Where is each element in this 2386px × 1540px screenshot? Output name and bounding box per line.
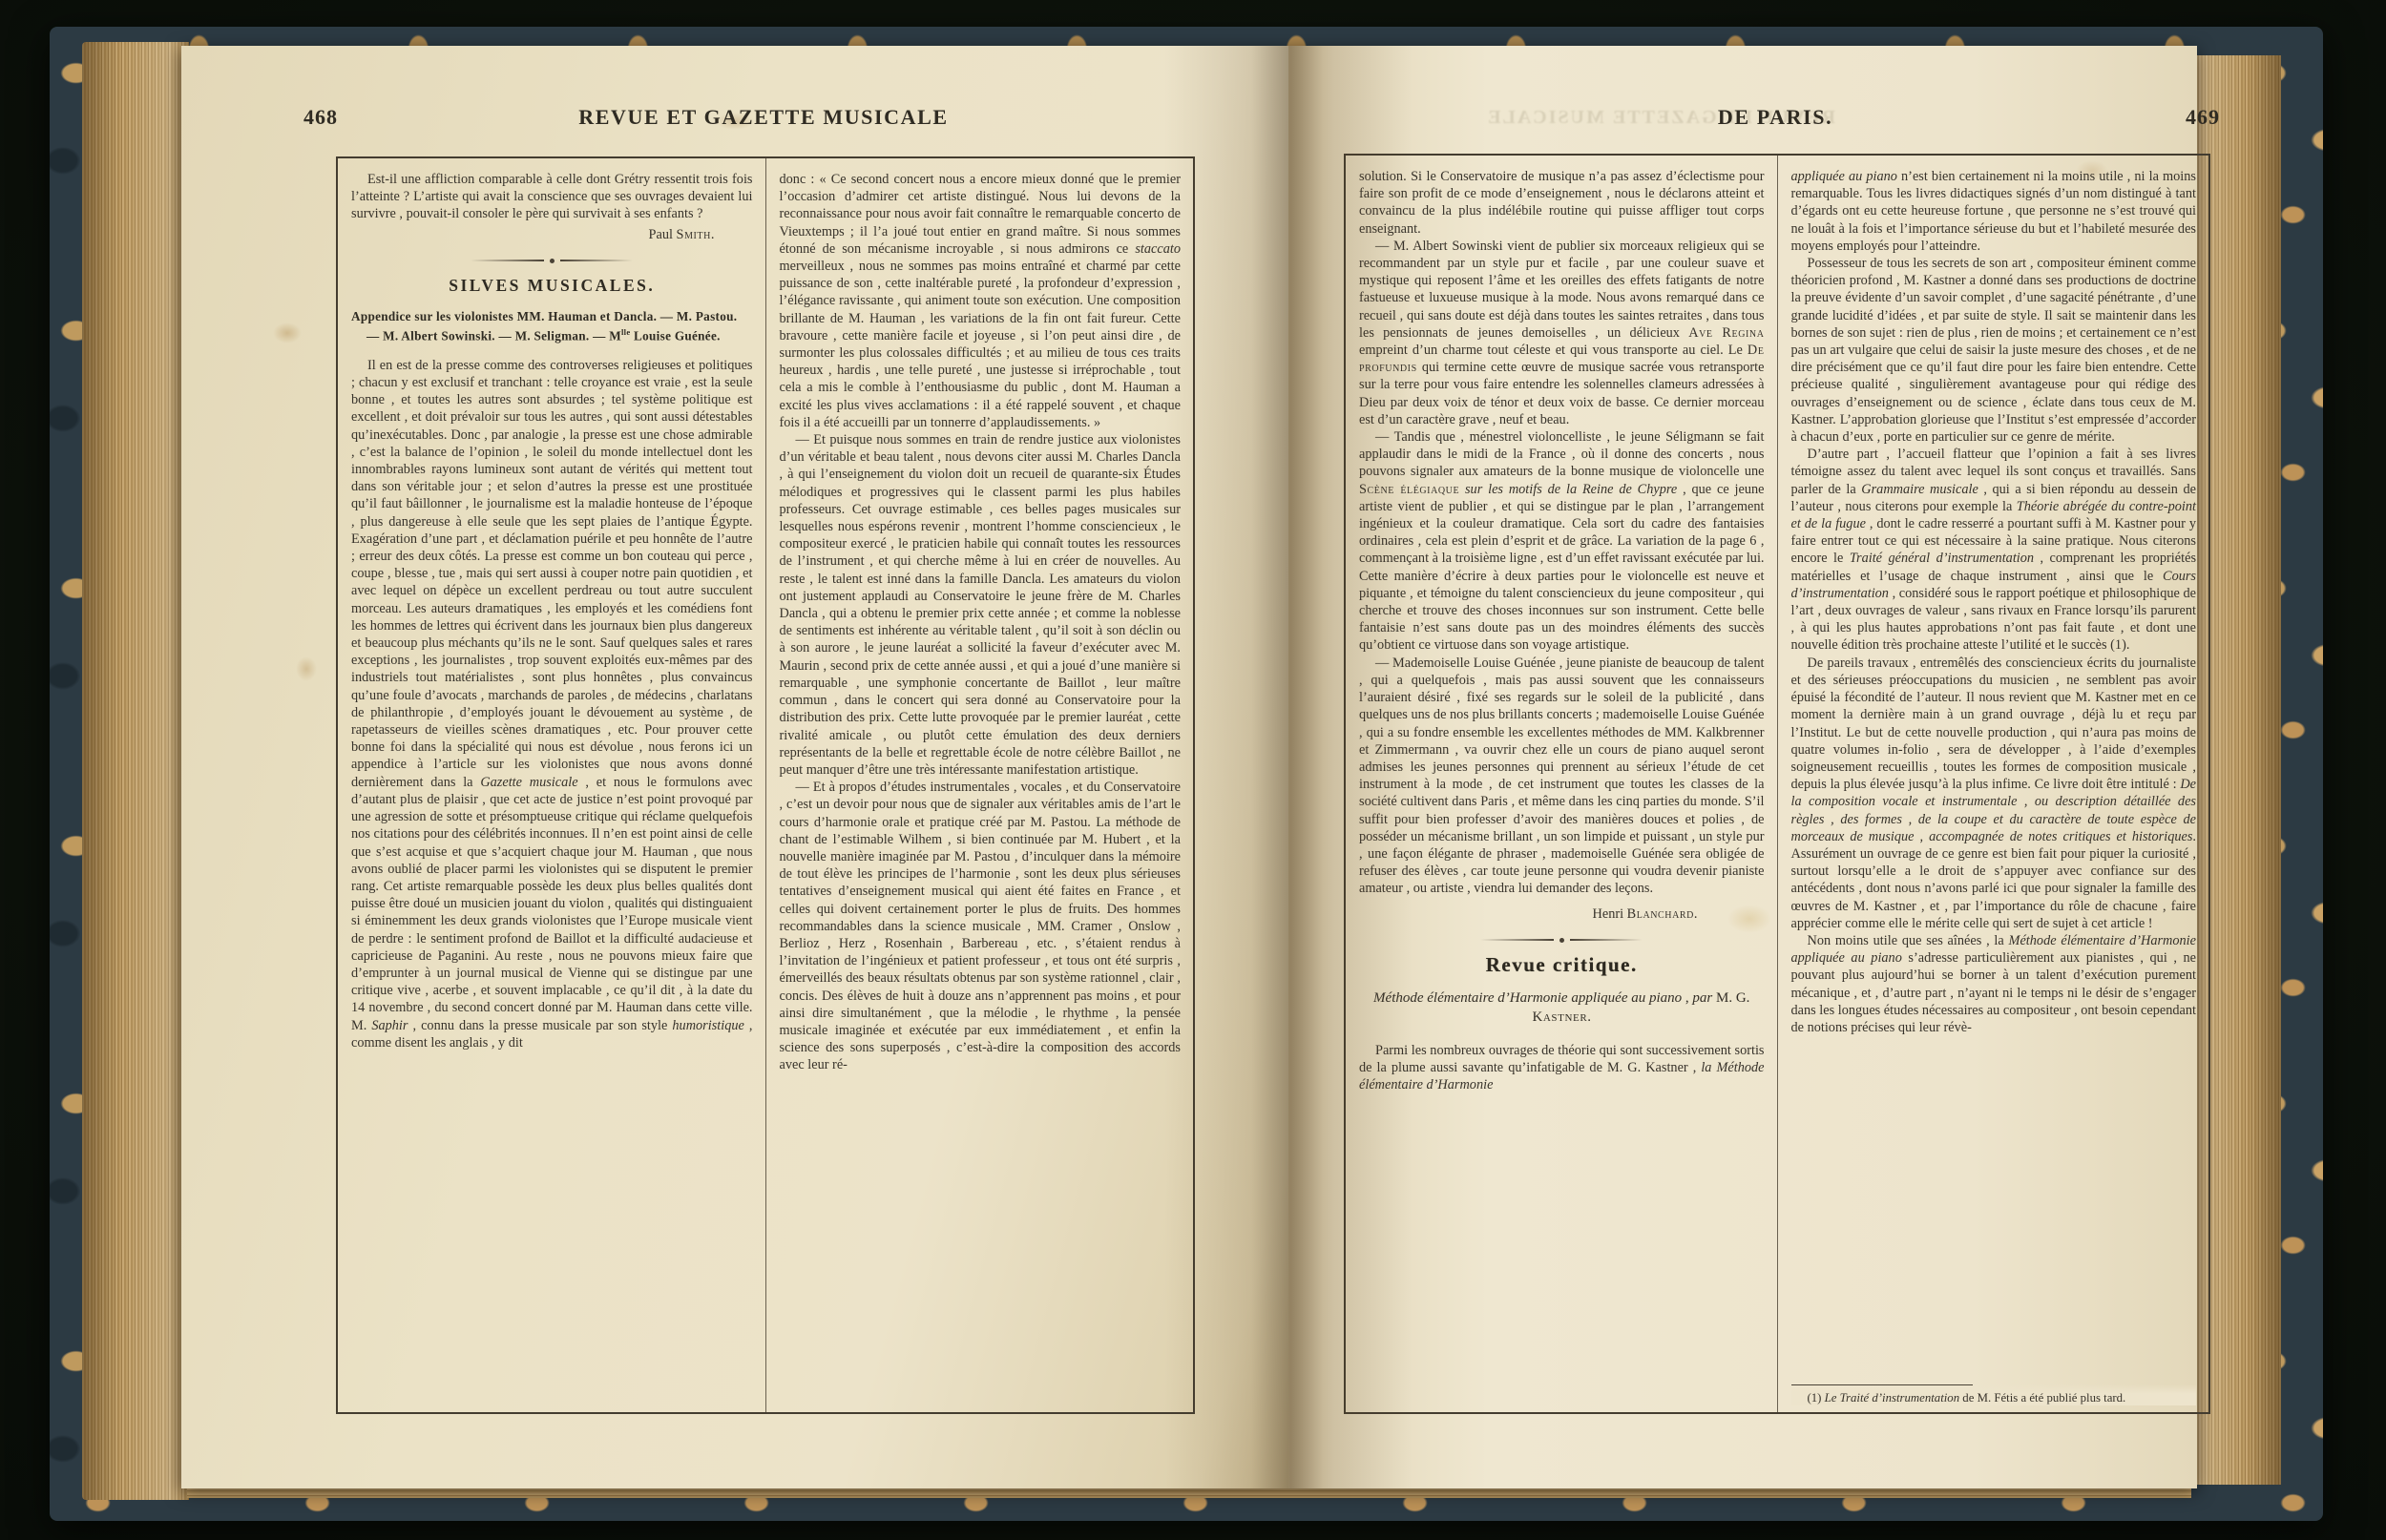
- paragraph: — Et à propos d’études instrumentales , …: [780, 779, 1182, 1073]
- running-title-right: DE PARIS.: [1344, 105, 2207, 130]
- ornament-divider: [1480, 938, 1643, 943]
- paragraph-continuation: solution. Si le Conservatoire de musique…: [1359, 168, 1765, 238]
- paragraph: — Et puisque nous sommes en train de ren…: [780, 431, 1182, 779]
- section-title: SILVES MUSICALES.: [351, 277, 753, 294]
- running-title-left: REVUE ET GAZETTE MUSICALE: [336, 105, 1191, 130]
- page-469-header: DE PARIS. 469: [1344, 105, 2207, 137]
- paragraph-quote: donc : « Ce second concert nous a encore…: [780, 171, 1182, 431]
- open-book-spread: 468 REVUE ET GAZETTE MUSICALE Est-il une…: [181, 46, 2197, 1488]
- ornament-line: [560, 260, 634, 261]
- paragraph-article-ending: Est-il une affliction comparable à celle…: [351, 171, 753, 223]
- author-signature: Paul Smith.: [351, 226, 753, 243]
- page-468-column-2: donc : « Ce second concert nous a encore…: [765, 158, 1194, 1412]
- ornament-line: [471, 260, 544, 261]
- paragraph: Possesseur de tous les secrets de son ar…: [1791, 255, 2197, 446]
- ornament-line: [1480, 939, 1554, 941]
- paragraph: — M. Albert Sowinski vient de publier si…: [1359, 238, 1765, 428]
- page-468-header: 468 REVUE ET GAZETTE MUSICALE: [336, 105, 1191, 137]
- ornament-divider: [471, 259, 633, 263]
- page-number-left: 468: [303, 105, 338, 130]
- footnote-rule: [1791, 1384, 1973, 1385]
- article-subhead: Appendice sur les violonistes MM. Hauman…: [351, 308, 753, 344]
- page-468-text-frame: Est-il une affliction comparable à celle…: [336, 156, 1195, 1414]
- footnote-block: (1) Le Traité d’instrumentation de M. Fé…: [1791, 1384, 2197, 1405]
- paragraph: Parmi les nombreux ouvrages de théorie q…: [1359, 1042, 1765, 1094]
- paragraph: — Mademoiselle Louise Guénée , jeune pia…: [1359, 655, 1765, 898]
- paragraph: D’autre part , l’accueil flatteur que l’…: [1791, 446, 2197, 654]
- paragraph-continuation: appliquée au piano n’est bien certaineme…: [1791, 168, 2197, 255]
- gutter-shadow: [1164, 46, 1413, 1488]
- page-fore-edge-left: [82, 42, 189, 1500]
- ornament-line: [1570, 939, 1643, 941]
- paragraph: — Tandis que , ménestrel violoncelliste …: [1359, 428, 1765, 655]
- page-469-text-frame: solution. Si le Conservatoire de musique…: [1344, 154, 2210, 1414]
- paragraph: De pareils travaux , entremêlés des cons…: [1791, 655, 2197, 932]
- page-468-column-1: Est-il une affliction comparable à celle…: [338, 158, 765, 1412]
- paragraph: Il en est de la presse comme des controv…: [351, 357, 753, 1051]
- review-subhead: Méthode élémentaire d’Harmonie appliquée…: [1359, 989, 1765, 1027]
- page-469-column-2: appliquée au piano n’est bien certaineme…: [1777, 156, 2209, 1412]
- footnote: (1) Le Traité d’instrumentation de M. Fé…: [1791, 1390, 2197, 1405]
- review-section-title: Revue critique.: [1359, 956, 1765, 973]
- ornament-dot: [1559, 938, 1564, 943]
- page-number-right: 469: [2186, 105, 2220, 130]
- paragraph: Non moins utile que ses aînées , la Méth…: [1791, 932, 2197, 1036]
- ornament-dot: [550, 259, 555, 263]
- author-signature: Henri Blanchard.: [1359, 905, 1765, 923]
